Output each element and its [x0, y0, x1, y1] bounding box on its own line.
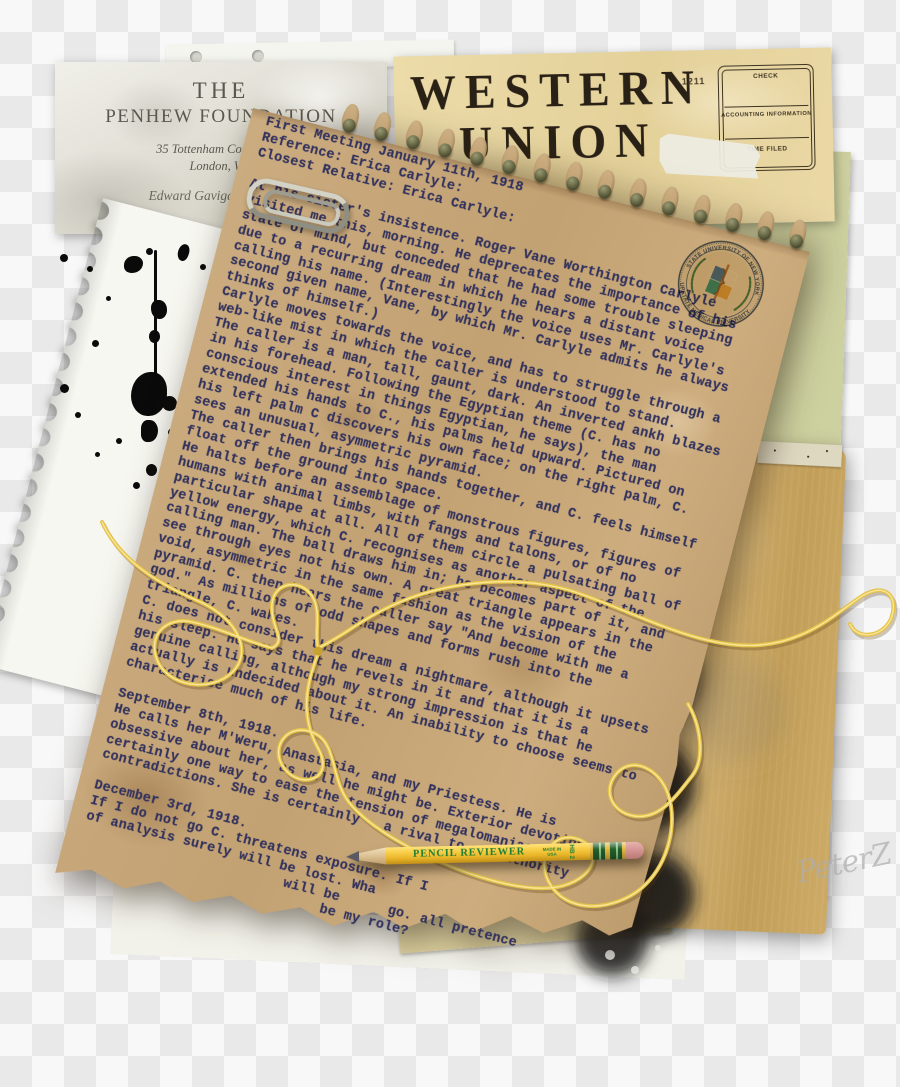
letterhead-the: THE	[55, 78, 387, 104]
check-label: CHECK	[719, 72, 813, 81]
box-divider	[724, 105, 808, 108]
telegram-form-number: 1211	[682, 76, 706, 86]
document-collage: THE PENHEW FOUNDATION 35 Tottenham Court…	[0, 0, 900, 1087]
envelope-tape	[757, 441, 842, 467]
box-divider	[725, 137, 809, 140]
ink-speck	[60, 254, 68, 262]
pencil-origin-text: MADE IN USA	[538, 846, 566, 857]
punch-hole	[252, 50, 264, 62]
pencil-graphite-tip	[346, 848, 359, 865]
letterhead-title: PENHEW FOUNDATION	[55, 106, 387, 128]
accounting-label: ACCOUNTING INFORMATION	[719, 111, 813, 119]
pencil-wood-cone	[359, 847, 386, 865]
pencil-ferrule	[590, 842, 626, 860]
telegram-brand-western: WESTERN	[409, 59, 703, 121]
pencil-brand-text: PENCIL REVIEWER	[413, 846, 525, 860]
pencil-grade-text: HB 2	[568, 844, 575, 859]
pencil-eraser	[626, 842, 644, 859]
